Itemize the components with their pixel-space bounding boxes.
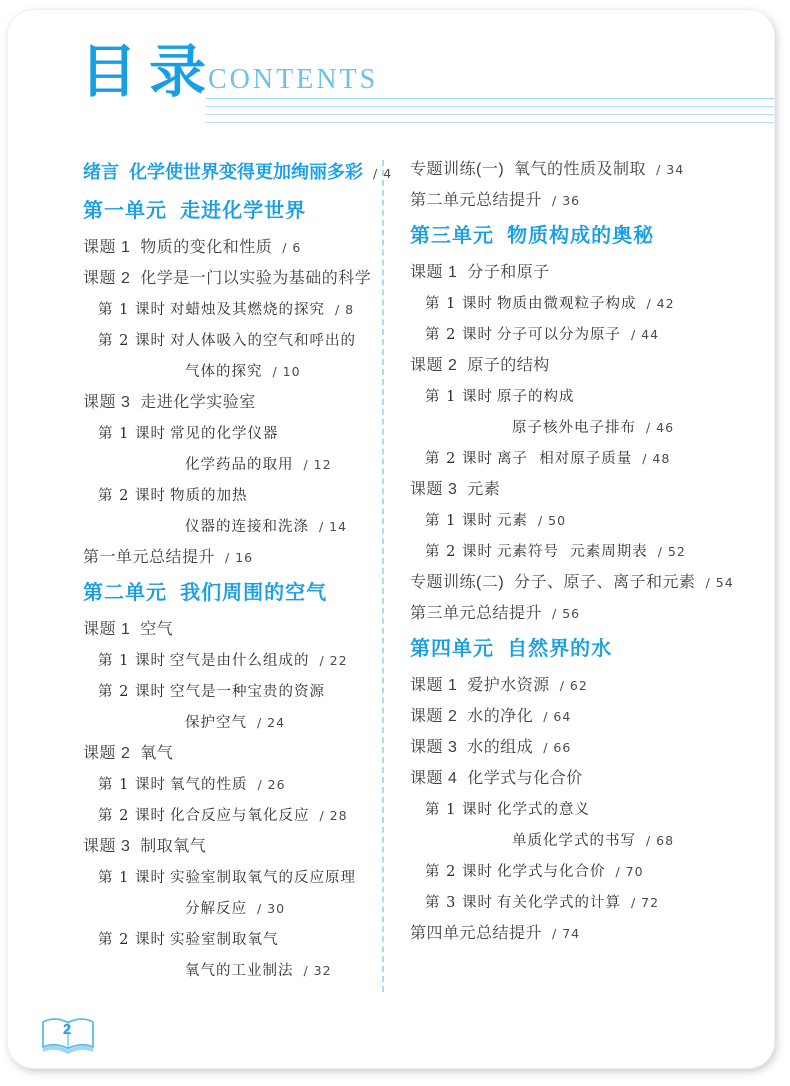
toc-entry-text: 课题 1 空气 <box>83 620 173 640</box>
lesson-label: 第 3 课时 <box>425 893 497 913</box>
toc-entry-text: 第二单元总结提升 <box>410 191 542 211</box>
header-rule <box>206 106 774 107</box>
toc-entry-page: / 28 <box>320 806 348 826</box>
toc-entry-page: / 30 <box>257 899 285 919</box>
toc-entry-page: / 14 <box>319 517 347 537</box>
toc-entry-topic: 第四单元总结提升/ 74 <box>410 924 756 944</box>
toc-entry-text: 元素 <box>497 511 528 531</box>
toc-entry-page: / 64 <box>543 707 571 727</box>
toc-entry-page: / 6 <box>282 238 301 258</box>
toc-entry-cont: 单质化学式的书写/ 68 <box>410 831 756 851</box>
toc-entry-cont: 化学药品的取用/ 12 <box>83 455 375 475</box>
toc-entry-topic: 课题 1 空气 <box>83 620 375 640</box>
lesson-label: 第 2 课时 <box>98 682 170 702</box>
toc-entry-text: 课题 3 制取氧气 <box>83 837 206 857</box>
toc-entry-text: 有关化学式的计算 <box>497 893 621 913</box>
toc-entry-text: 课题 2 原子的结构 <box>410 356 550 376</box>
lesson-label: 第 1 课时 <box>425 387 497 407</box>
toc-entry-text: 第一单元 走进化学世界 <box>83 198 306 224</box>
toc-entry-page: / 72 <box>631 893 659 913</box>
toc-entry-text: 课题 1 分子和原子 <box>410 263 550 283</box>
toc-entry-text: 氧气的性质 <box>170 775 248 795</box>
toc-entry-lesson: 第 1 课时原子的构成 <box>410 387 756 407</box>
toc-column-left: 绪言 化学使世界变得更加绚丽多彩/ 4第一单元 走进化学世界课题 1 物质的变化… <box>83 160 375 992</box>
toc-entry-text: 第三单元总结提升 <box>410 604 542 624</box>
toc-entry-page: / 44 <box>631 325 659 345</box>
toc-entry-text: 实验室制取氧气 <box>170 930 279 950</box>
toc-entry-topic: 课题 1 爱护水资源/ 62 <box>410 676 756 696</box>
lesson-label: 第 2 课时 <box>425 449 497 469</box>
toc-entry-page: / 70 <box>616 862 644 882</box>
toc-entry-text: 保护空气 <box>185 713 247 733</box>
page-number: 2 <box>38 1021 96 1038</box>
toc-entry-text: 化学药品的取用 <box>185 455 294 475</box>
toc-entry-page: / 26 <box>258 775 286 795</box>
toc-entry-topic: 第二单元总结提升/ 36 <box>410 191 756 211</box>
toc-entry-cont: 氧气的工业制法/ 32 <box>83 961 375 981</box>
toc-entry-topic: 课题 2 氧气 <box>83 744 375 764</box>
toc-entry-unit: 第三单元 物质构成的奥秘 <box>410 223 756 249</box>
toc-entry-intro: 绪言 化学使世界变得更加绚丽多彩/ 4 <box>83 160 375 186</box>
lesson-label: 第 1 课时 <box>425 511 497 531</box>
toc-entry-text: 常见的化学仪器 <box>170 424 279 444</box>
toc-entry-text: 课题 1 物质的变化和性质 <box>83 238 272 258</box>
toc-entry-lesson: 第 1 课时实验室制取氧气的反应原理 <box>83 868 375 888</box>
toc-entry-text: 对蜡烛及其燃烧的探究 <box>170 300 325 320</box>
lesson-label: 第 1 课时 <box>98 651 170 671</box>
toc-entry-text: 课题 3 元素 <box>410 480 500 500</box>
toc-entry-lesson: 第 2 课时离子 相对原子质量/ 48 <box>410 449 756 469</box>
toc-entry-text: 第四单元 自然界的水 <box>410 636 612 662</box>
toc-entry-page: / 12 <box>304 455 332 475</box>
lesson-label: 第 2 课时 <box>425 325 497 345</box>
toc-entry-lesson: 第 2 课时物质的加热 <box>83 486 375 506</box>
toc-entry-lesson: 第 2 课时实验室制取氧气 <box>83 930 375 950</box>
toc-entry-text: 专题训练(二) 分子、原子、离子和元素 <box>410 573 696 593</box>
toc-entry-page: / 46 <box>646 418 674 438</box>
toc-entry-text: 化学式与化合价 <box>497 862 606 882</box>
toc-entry-page: / 42 <box>647 294 675 314</box>
page-header: 目录 CONTENTS <box>8 10 774 150</box>
page-title: 目录 <box>80 44 218 101</box>
toc-entry-text: 第三单元 物质构成的奥秘 <box>410 223 654 249</box>
lesson-label: 第 1 课时 <box>98 868 170 888</box>
lesson-label: 第 2 课时 <box>98 930 170 950</box>
toc-entry-text: 空气是由什么组成的 <box>170 651 310 671</box>
toc-entry-lesson: 第 2 课时对人体吸入的空气和呼出的 <box>83 331 375 351</box>
toc-entry-lesson: 第 1 课时物质由微观粒子构成/ 42 <box>410 294 756 314</box>
toc-entry-lesson: 第 1 课时空气是由什么组成的/ 22 <box>83 651 375 671</box>
toc-entry-text: 课题 3 水的组成 <box>410 738 533 758</box>
toc-entry-page: / 68 <box>646 831 674 851</box>
toc-entry-topic: 课题 3 元素 <box>410 480 756 500</box>
toc-entry-topic: 专题训练(一) 氧气的性质及制取/ 34 <box>410 160 756 180</box>
lesson-label: 第 1 课时 <box>98 300 170 320</box>
toc-entry-topic: 第一单元总结提升/ 16 <box>83 548 375 568</box>
toc-entry-text: 绪言 化学使世界变得更加绚丽多彩 <box>83 160 363 184</box>
toc-entry-topic: 课题 3 走进化学实验室 <box>83 393 375 413</box>
toc-entry-topic: 课题 4 化学式与化合价 <box>410 769 756 789</box>
toc-entry-text: 单质化学式的书写 <box>512 831 636 851</box>
toc-entry-text: 课题 2 化学是一门以实验为基础的科学 <box>83 269 371 289</box>
toc-entry-topic: 课题 3 水的组成/ 66 <box>410 738 756 758</box>
toc-entry-text: 分解反应 <box>185 899 247 919</box>
toc-entry-cont: 分解反应/ 30 <box>83 899 375 919</box>
toc-entry-text: 化学式的意义 <box>497 800 590 820</box>
toc-entry-page: / 8 <box>335 300 354 320</box>
toc-entry-lesson: 第 1 课时化学式的意义 <box>410 800 756 820</box>
toc-entry-lesson: 第 2 课时分子可以分为原子/ 44 <box>410 325 756 345</box>
toc-entry-text: 课题 4 化学式与化合价 <box>410 769 583 789</box>
lesson-label: 第 2 课时 <box>425 862 497 882</box>
toc-entry-text: 实验室制取氧气的反应原理 <box>170 868 356 888</box>
toc-entry-topic: 课题 2 水的净化/ 64 <box>410 707 756 727</box>
toc-entry-text: 第二单元 我们周围的空气 <box>83 580 327 606</box>
toc-entry-text: 课题 2 氧气 <box>83 744 173 764</box>
toc-entry-page: / 52 <box>658 542 686 562</box>
toc-entry-text: 物质由微观粒子构成 <box>497 294 637 314</box>
toc-entry-text: 离子 相对原子质量 <box>497 449 632 469</box>
toc-entry-topic: 课题 3 制取氧气 <box>83 837 375 857</box>
toc-entry-page: / 54 <box>706 573 734 593</box>
column-divider <box>382 160 384 992</box>
header-rule-lines <box>206 98 774 130</box>
toc-entry-unit: 第一单元 走进化学世界 <box>83 198 375 224</box>
toc-entry-text: 课题 2 水的净化 <box>410 707 533 727</box>
lesson-label: 第 1 课时 <box>425 800 497 820</box>
lesson-label: 第 2 课时 <box>98 331 170 351</box>
toc-columns: 绪言 化学使世界变得更加绚丽多彩/ 4第一单元 走进化学世界课题 1 物质的变化… <box>8 150 774 992</box>
toc-entry-page: / 36 <box>552 191 580 211</box>
toc-entry-page: / 48 <box>642 449 670 469</box>
toc-entry-lesson: 第 1 课时对蜡烛及其燃烧的探究/ 8 <box>83 300 375 320</box>
toc-entry-topic: 课题 1 分子和原子 <box>410 263 756 283</box>
toc-entry-lesson: 第 2 课时元素符号 元素周期表/ 52 <box>410 542 756 562</box>
toc-entry-text: 第一单元总结提升 <box>83 548 215 568</box>
toc-column-right: 专题训练(一) 氧气的性质及制取/ 34第二单元总结提升/ 36第三单元 物质构… <box>410 160 756 992</box>
toc-entry-text: 对人体吸入的空气和呼出的 <box>170 331 356 351</box>
toc-entry-topic: 课题 2 原子的结构 <box>410 356 756 376</box>
toc-entry-page: / 16 <box>225 548 253 568</box>
lesson-label: 第 2 课时 <box>98 486 170 506</box>
toc-entry-text: 课题 3 走进化学实验室 <box>83 393 256 413</box>
toc-entry-topic: 专题训练(二) 分子、原子、离子和元素/ 54 <box>410 573 756 593</box>
toc-entry-text: 仪器的连接和洗涤 <box>185 517 309 537</box>
toc-entry-cont: 保护空气/ 24 <box>83 713 375 733</box>
lesson-label: 第 1 课时 <box>98 424 170 444</box>
lesson-label: 第 2 课时 <box>425 542 497 562</box>
book-page: 目录 CONTENTS 绪言 化学使世界变得更加绚丽多彩/ 4第一单元 走进化学… <box>8 10 774 1068</box>
lesson-label: 第 1 课时 <box>98 775 170 795</box>
toc-entry-unit: 第四单元 自然界的水 <box>410 636 756 662</box>
toc-entry-page: / 32 <box>304 961 332 981</box>
toc-entry-page: / 22 <box>320 651 348 671</box>
toc-entry-unit: 第二单元 我们周围的空气 <box>83 580 375 606</box>
lesson-label: 第 2 课时 <box>98 806 170 826</box>
toc-entry-cont: 原子核外电子排布/ 46 <box>410 418 756 438</box>
toc-entry-text: 第四单元总结提升 <box>410 924 542 944</box>
toc-entry-page: / 50 <box>538 511 566 531</box>
toc-entry-lesson: 第 1 课时氧气的性质/ 26 <box>83 775 375 795</box>
toc-entry-cont: 仪器的连接和洗涤/ 14 <box>83 517 375 537</box>
header-rule <box>206 98 774 99</box>
toc-entry-page: / 74 <box>552 924 580 944</box>
toc-entry-text: 空气是一种宝贵的资源 <box>170 682 325 702</box>
header-rule <box>206 114 774 115</box>
toc-entry-page: / 34 <box>656 160 684 180</box>
toc-entry-text: 分子可以分为原子 <box>497 325 621 345</box>
toc-entry-lesson: 第 1 课时常见的化学仪器 <box>83 424 375 444</box>
toc-entry-lesson: 第 2 课时化合反应与氧化反应/ 28 <box>83 806 375 826</box>
toc-entry-text: 原子核外电子排布 <box>512 418 636 438</box>
toc-entry-text: 物质的加热 <box>170 486 248 506</box>
toc-entry-text: 氧气的工业制法 <box>185 961 294 981</box>
toc-entry-text: 元素符号 元素周期表 <box>497 542 648 562</box>
toc-entry-page: / 66 <box>543 738 571 758</box>
toc-entry-text: 专题训练(一) 氧气的性质及制取 <box>410 160 646 180</box>
toc-entry-topic: 课题 2 化学是一门以实验为基础的科学 <box>83 269 375 289</box>
toc-entry-text: 气体的探究 <box>185 362 263 382</box>
header-rule <box>206 122 774 123</box>
toc-entry-page: / 24 <box>257 713 285 733</box>
lesson-label: 第 1 课时 <box>425 294 497 314</box>
toc-entry-text: 原子的构成 <box>497 387 575 407</box>
toc-entry-lesson: 第 2 课时空气是一种宝贵的资源 <box>83 682 375 702</box>
toc-entry-text: 化合反应与氧化反应 <box>170 806 310 826</box>
toc-entry-lesson: 第 3 课时有关化学式的计算/ 72 <box>410 893 756 913</box>
toc-entry-page: / 10 <box>273 362 301 382</box>
toc-entry-lesson: 第 1 课时元素/ 50 <box>410 511 756 531</box>
toc-entry-topic: 课题 1 物质的变化和性质/ 6 <box>83 238 375 258</box>
toc-entry-text: 课题 1 爱护水资源 <box>410 676 550 696</box>
toc-entry-topic: 第三单元总结提升/ 56 <box>410 604 756 624</box>
toc-entry-page: / 62 <box>560 676 588 696</box>
toc-entry-page: / 56 <box>552 604 580 624</box>
toc-entry-cont: 气体的探究/ 10 <box>83 362 375 382</box>
toc-entry-lesson: 第 2 课时化学式与化合价/ 70 <box>410 862 756 882</box>
page-number-badge: 2 <box>38 1014 98 1056</box>
page-subtitle: CONTENTS <box>208 66 378 94</box>
